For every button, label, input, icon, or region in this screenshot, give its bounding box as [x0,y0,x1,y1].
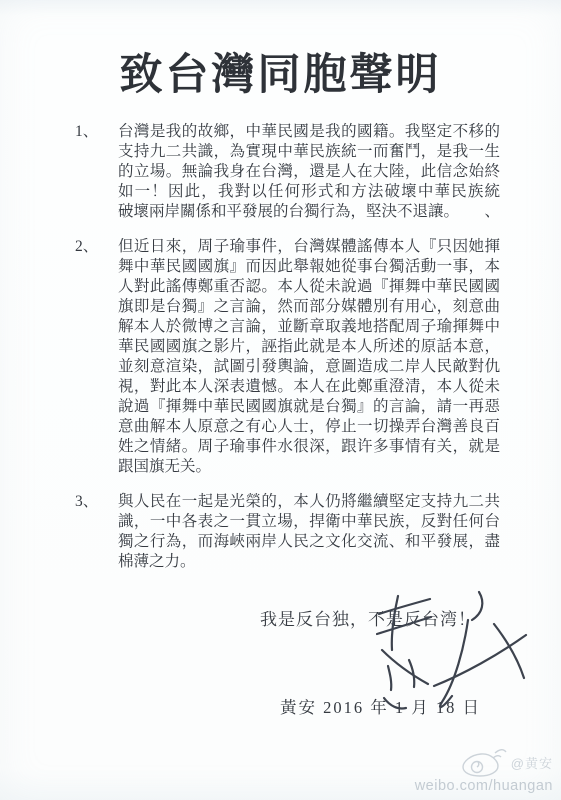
text-line: 台灣是我的故鄉，中華民國是我的國籍。我堅定不移的 [118,122,500,142]
text-line: 舞中華民國國旗』而因此舉報她從事台獨活動一事，本 [118,257,500,277]
page-title: 致台灣同胞聲明 [0,50,561,102]
text-line: 識，一中各表之一貫立場，捍衛中華民族，反對任何台 [118,512,500,532]
text-line: 說過『揮舞中華民國國旗就是台獨』的言論，請一再惡 [118,397,500,417]
paragraph-2-number: 2、 [75,237,118,477]
paragraph-1-number: 1、 [75,122,118,222]
handwritten-signature [376,590,528,732]
paragraph-3: 3、 與人民在一起是光榮的，本人仍將繼續堅定支持九二共 識，一中各表之一貫立場，… [75,492,561,572]
text-line: 姓之情緒。周子瑜事件水很深，跟许多事情有关，就是 [118,437,500,457]
weibo-handle: @黄安 [511,753,553,772]
text-line: 棉薄之力。 [118,552,500,572]
text-line: 旗即是台獨』之言論，然而部分媒體別有用心，刻意曲 [118,297,500,317]
text-line: 的立場。無論我身在台灣，還是人在大陸，此信念始終 [118,162,500,182]
weibo-url: weibo.com/huangan [415,778,553,794]
text-line: 人對此謠傳鄭重否認。本人從未說過『揮舞中華民國國 [118,277,500,297]
text-line: 華民國國旗之影片，誣指此就是本人所述的原話本意， [118,337,500,357]
text-line: 但近日來，周子瑜事件，台灣媒體謠傳本人『只因她揮 [118,237,500,257]
text-line: 與人民在一起是光榮的，本人仍將繼續堅定支持九二共 [118,492,500,512]
scanned-statement-page: 致台灣同胞聲明 1、 台灣是我的故鄉，中華民國是我的國籍。我堅定不移的 支持九二… [0,0,561,800]
text-line: 意曲解本人原意之有心人士，停止一切操弄台灣善良百 [118,417,500,437]
weibo-logo-icon [461,747,507,777]
weibo-watermark: @黄安 weibo.com/huangan [415,747,553,794]
text-line: 如一！因此，我對以任何形式和方法破壞中華民族統一、 [118,182,500,202]
paragraph-3-number: 3、 [75,492,118,572]
text-line: 解本人於微博之言論，並斷章取義地搭配周子瑜揮舞中 [118,317,500,337]
paragraph-2: 2、 但近日來，周子瑜事件，台灣媒體謠傳本人『只因她揮 舞中華民國國旗』而因此舉… [75,237,561,477]
text-line: 並刻意渲染，試圖引發輿論，意圖造成二岸人民敵對仇 [118,357,500,377]
text-line: 獨之行為，而海峽兩岸人民之文化交流、和平發展，盡 [118,532,500,552]
text-line: 破壞兩岸關係和平發展的台獨行為，堅決不退讓。 [118,202,500,222]
text-line: 視，對此本人深表遺憾。本人在此鄭重澄清，本人從未 [118,377,500,397]
text-line: 跟国旗无关。 [118,457,500,477]
paragraph-1: 1、 台灣是我的故鄉，中華民國是我的國籍。我堅定不移的 支持九二共識，為實現中華… [75,122,561,222]
text-line: 支持九二共識，為實現中華民族統一而奮鬥，是我一生 [118,142,500,162]
